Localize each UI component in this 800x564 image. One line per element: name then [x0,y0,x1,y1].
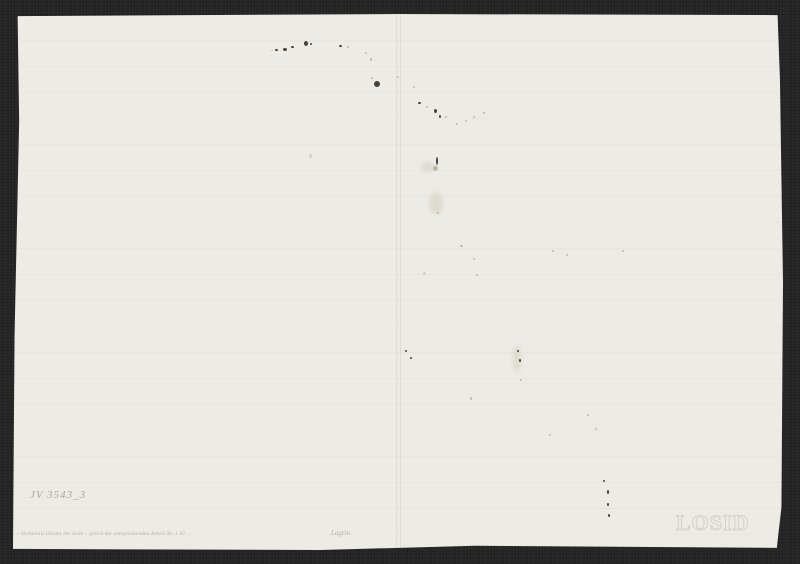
speck [436,157,438,165]
speck [607,490,609,494]
speck [595,428,597,430]
speck [418,102,421,104]
speck [519,359,521,362]
pencil-note: – Verhältnis (Zeile) der Seite – gleich … [17,532,185,537]
speck [622,250,624,252]
speck [309,154,312,158]
speck [413,86,415,88]
speck [370,58,372,61]
speck [283,48,287,51]
catalog-number: JV 3543_3 [30,489,86,501]
speck [465,120,467,122]
speck [517,350,519,352]
speck [371,77,373,79]
signature: Lagrin [331,529,350,537]
center-fold-line [400,14,401,550]
speck [566,254,568,256]
speck [470,397,472,400]
speck [445,116,447,118]
speck [365,52,367,54]
speck [587,414,589,416]
speck [607,503,609,506]
speck [433,166,438,171]
speck [410,357,412,359]
speck [608,514,610,517]
speck [397,76,399,78]
speck [439,115,441,118]
speck [304,41,308,46]
speck [552,250,554,252]
speck [476,274,478,276]
paper-sheet: JV 3543_3 – Verhältnis (Zeile) der Seite… [13,14,783,550]
speck [271,50,273,51]
speck [291,46,294,48]
speck [423,272,426,275]
speck [347,46,349,48]
speck [275,49,278,51]
speck [339,45,342,47]
speck [549,434,551,436]
speck [310,43,312,45]
speck [456,123,458,125]
speck [603,480,605,482]
speck [483,112,485,114]
speck [437,212,439,214]
speck [405,350,407,352]
speck [473,116,475,118]
speck [473,258,475,260]
speck [374,81,380,87]
collection-stamp: LOSID [676,510,749,536]
speck [460,245,463,247]
stain-mark [429,192,443,214]
speck [520,379,522,381]
speck [434,109,437,113]
speck [426,106,428,108]
